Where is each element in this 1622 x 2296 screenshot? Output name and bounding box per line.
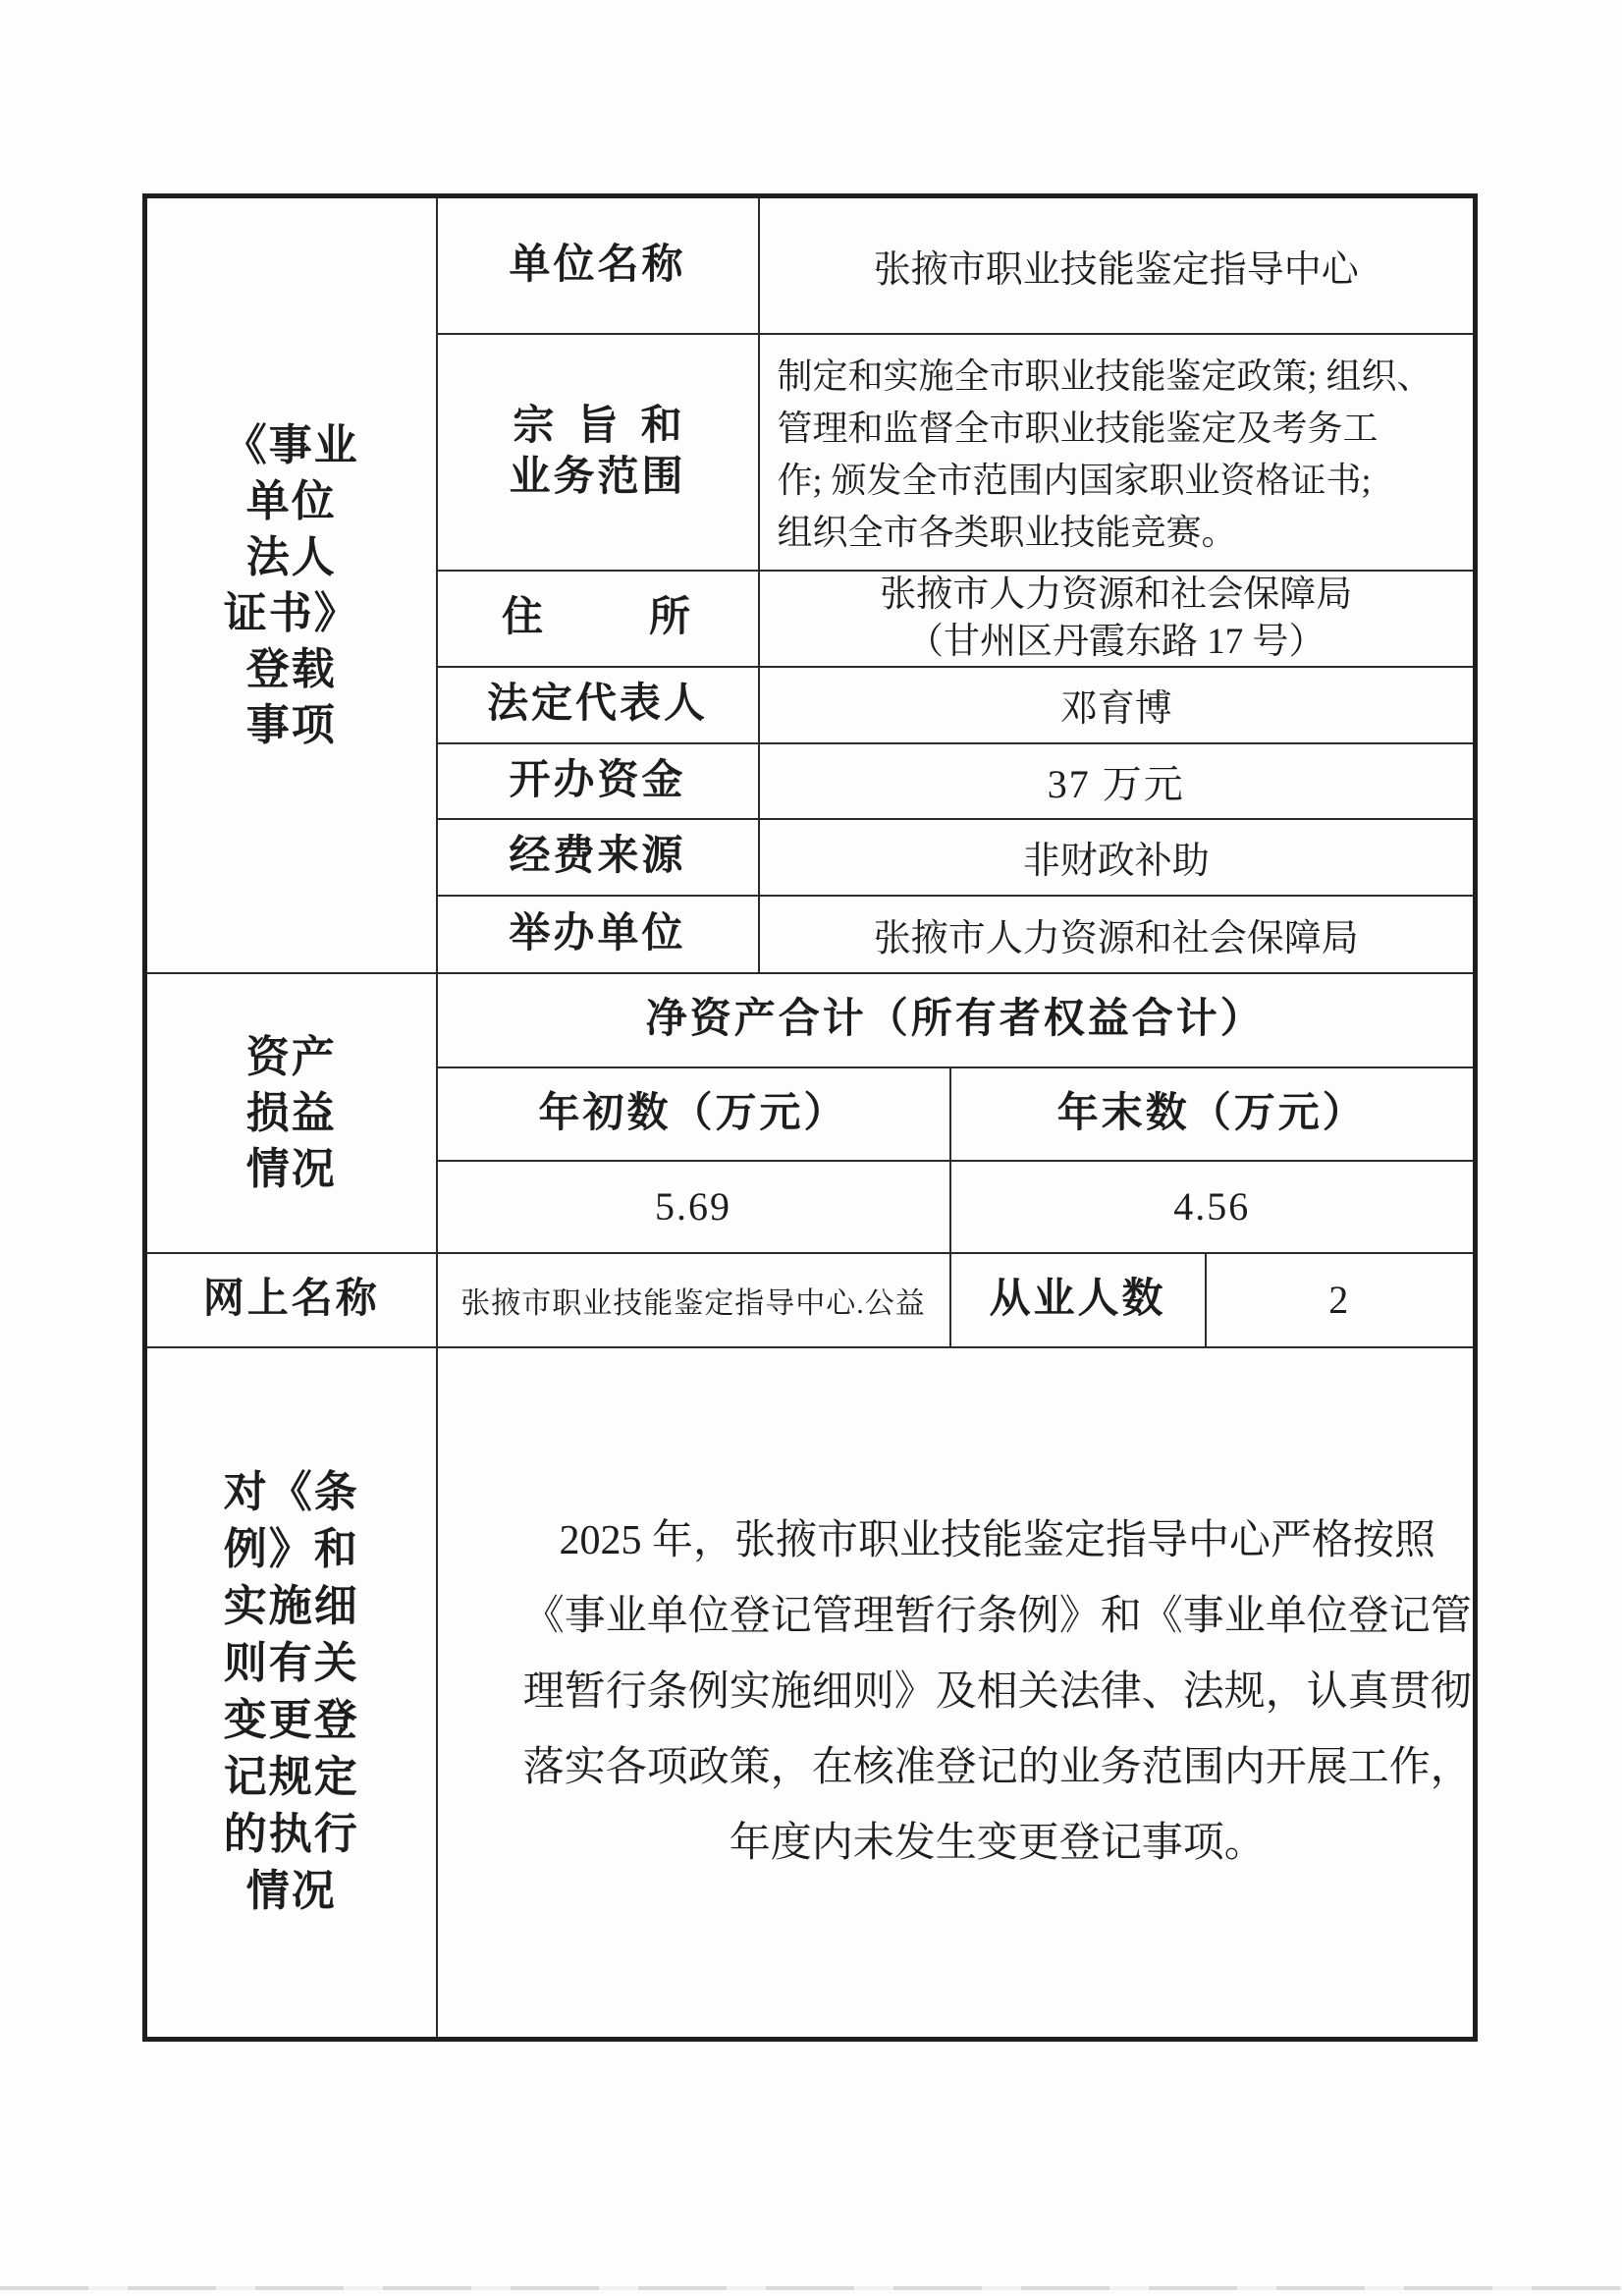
domicile-label-cell: 住所 — [437, 571, 759, 667]
opening-funds-value: 37 万元 — [1048, 762, 1185, 806]
legal-representative-value: 邓育博 — [1060, 688, 1172, 730]
regulation-section-row-header-text: 对《条例》和实施细则有关变更登记规定的执行情况 — [147, 1464, 436, 1920]
organizer-value: 张掖市人力资源和社会保障局 — [874, 918, 1359, 959]
domicile-value: 张掖市人力资源和社会保障局（甘州区丹霞东路 17 号） — [760, 572, 1474, 666]
purpose-label-cell: 宗旨和 业务范围 — [437, 334, 759, 571]
opening-funds-label: 开办资金 — [509, 758, 685, 803]
funding-source-value-cell: 非财政补助 — [759, 819, 1476, 896]
legal-representative-label: 法定代表人 — [487, 682, 708, 727]
regulation-section-row-header: 对《条例》和实施细则有关变更登记规定的执行情况 — [145, 1347, 437, 2040]
purpose-label-line1: 宗旨和 — [438, 401, 758, 453]
regulation-report-cell: 2025 年，张掖市职业技能鉴定指导中心严格按照《事业单位登记管理暂行条例》和《… — [437, 1347, 1476, 2040]
begin-of-year-label-cell: 年初数（万元） — [437, 1067, 950, 1161]
regulation-report-text: 2025 年，张掖市职业技能鉴定指导中心严格按照《事业单位登记管理暂行条例》和《… — [438, 1503, 1474, 1882]
staff-count-value: 2 — [1328, 1278, 1350, 1322]
purpose-value-cell: 制定和实施全市职业技能鉴定政策; 组织、管理和监督全市职业技能鉴定及考务工作; … — [759, 334, 1476, 571]
end-of-year-value-cell: 4.56 — [950, 1161, 1476, 1253]
funding-source-label: 经费来源 — [509, 834, 685, 879]
opening-funds-value-cell: 37 万元 — [759, 743, 1476, 819]
online-name-label: 网上名称 — [203, 1277, 380, 1322]
staff-count-value-cell: 2 — [1206, 1253, 1476, 1347]
unit-name-label: 单位名称 — [509, 243, 685, 288]
unit-name-label-cell: 单位名称 — [437, 196, 759, 334]
begin-of-year-value-cell: 5.69 — [437, 1161, 950, 1253]
staff-count-label-cell: 从业人数 — [950, 1253, 1206, 1347]
cert-section-row-header-text: 《事业单位法人证书》登载事项 — [147, 417, 436, 753]
legal-representative-label-cell: 法定代表人 — [437, 667, 759, 743]
opening-funds-label-cell: 开办资金 — [437, 743, 759, 819]
assets-section-row-header-text: 资产损益情况 — [147, 1029, 436, 1197]
purpose-label-line2: 业务范围 — [438, 452, 758, 504]
online-name-value: 张掖市职业技能鉴定指导中心.公益 — [460, 1287, 926, 1320]
scan-edge-artifact — [0, 2286, 1622, 2290]
unit-name-value-cell: 张掖市职业技能鉴定指导中心 — [759, 196, 1476, 334]
purpose-label: 宗旨和 业务范围 — [438, 401, 758, 504]
end-of-year-label-cell: 年末数（万元） — [950, 1067, 1476, 1161]
organizer-label-cell: 举办单位 — [437, 896, 759, 973]
online-name-label-cell: 网上名称 — [145, 1253, 437, 1347]
net-assets-header: 净资产合计（所有者权益合计） — [646, 997, 1265, 1042]
unit-name-value: 张掖市职业技能鉴定指导中心 — [874, 249, 1359, 291]
organizer-label: 举办单位 — [509, 911, 685, 957]
scanned-report-page: 《事业单位法人证书》登载事项 单位名称 张掖市职业技能鉴定指导中心 宗旨和 业务… — [0, 0, 1622, 2296]
end-of-year-label: 年末数（万元） — [1057, 1091, 1367, 1136]
assets-section-row-header: 资产损益情况 — [145, 973, 437, 1253]
funding-source-label-cell: 经费来源 — [437, 819, 759, 896]
legal-representative-value-cell: 邓育博 — [759, 667, 1476, 743]
online-name-value-cell: 张掖市职业技能鉴定指导中心.公益 — [437, 1253, 950, 1347]
end-of-year-value: 4.56 — [1173, 1184, 1250, 1229]
begin-of-year-value: 5.69 — [655, 1184, 731, 1229]
cert-section-row-header: 《事业单位法人证书》登载事项 — [145, 196, 437, 973]
registration-table: 《事业单位法人证书》登载事项 单位名称 张掖市职业技能鉴定指导中心 宗旨和 业务… — [142, 193, 1478, 2042]
domicile-value-cell: 张掖市人力资源和社会保障局（甘州区丹霞东路 17 号） — [759, 571, 1476, 667]
staff-count-label: 从业人数 — [989, 1277, 1165, 1322]
domicile-label: 住所 — [502, 592, 693, 644]
net-assets-header-cell: 净资产合计（所有者权益合计） — [437, 973, 1476, 1067]
organizer-value-cell: 张掖市人力资源和社会保障局 — [759, 896, 1476, 973]
purpose-value: 制定和实施全市职业技能鉴定政策; 组织、管理和监督全市职业技能鉴定及考务工作; … — [760, 341, 1474, 563]
funding-source-value: 非财政补助 — [1023, 841, 1210, 882]
begin-of-year-label: 年初数（万元） — [538, 1091, 847, 1136]
